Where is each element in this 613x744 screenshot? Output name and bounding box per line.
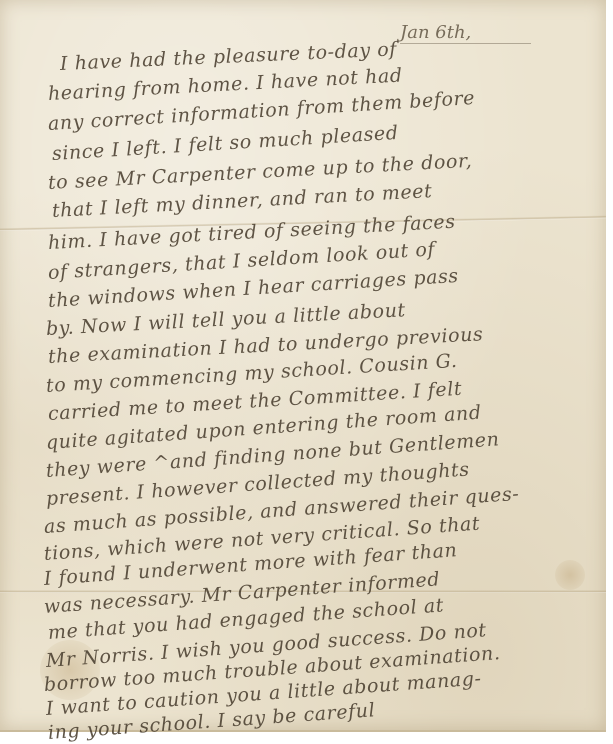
- letter-date: Jan 6th,: [400, 22, 531, 44]
- letter-page: Jan 6th, I have had the pleasure to-day …: [0, 0, 606, 732]
- paper-stain: [555, 560, 585, 590]
